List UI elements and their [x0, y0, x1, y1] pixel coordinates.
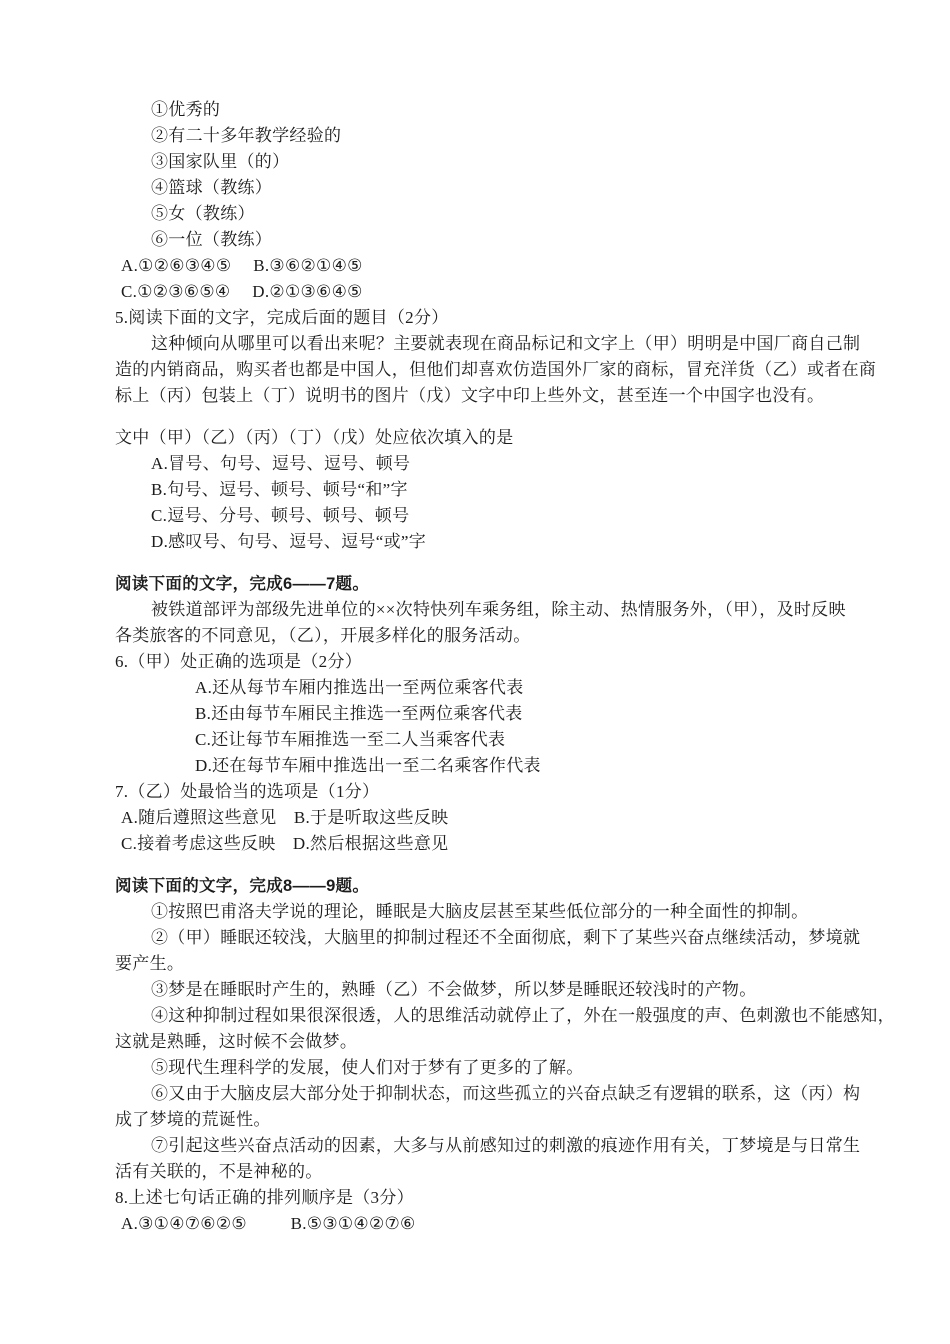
text-line: 这种倾向从哪里可以看出来呢？主要就表现在商品标记和文字上（甲）明明是中国厂商自己… — [115, 331, 895, 357]
text-line: ①优秀的 — [115, 97, 895, 123]
text-line: ⑤女（教练） — [115, 201, 895, 227]
text-line: D.感叹号、句号、逗号、逗号“或”字 — [115, 529, 895, 555]
text-line: 6.（甲）处正确的选项是（2分） — [115, 649, 895, 675]
text-line: ④篮球（教练） — [115, 175, 895, 201]
exam-page: ①优秀的②有二十多年教学经验的③国家队里（的）④篮球（教练）⑤女（教练）⑥一位（… — [0, 0, 950, 1344]
text-line: ⑥又由于大脑皮层大部分处于抑制状态，而这些孤立的兴奋点缺乏有逻辑的联系，这（丙）… — [115, 1081, 895, 1107]
text-line: C.接着考虑这些反映 D.然后根据这些意见 — [115, 831, 895, 857]
text-line: C.①②③⑥⑤④ D.②①③⑥④⑤ — [115, 279, 895, 305]
text-line: A.冒号、句号、逗号、逗号、顿号 — [115, 451, 895, 477]
text-line: ②有二十多年教学经验的 — [115, 123, 895, 149]
text-line: ①按照巴甫洛夫学说的理论，睡眠是大脑皮层甚至某些低位部分的一种全面性的抑制。 — [115, 899, 895, 925]
text-line: ⑤现代生理科学的发展，使人们对于梦有了更多的了解。 — [115, 1055, 895, 1081]
blank-line — [115, 555, 895, 571]
exam-document: ①优秀的②有二十多年教学经验的③国家队里（的）④篮球（教练）⑤女（教练）⑥一位（… — [0, 0, 950, 1237]
text-line: ③国家队里（的） — [115, 149, 895, 175]
text-line: 活有关联的，不是神秘的。 — [115, 1159, 895, 1185]
text-line: ④这种抑制过程如果很深很透，人的思维活动就停止了，外在一般强度的声、色刺激也不能… — [115, 1003, 895, 1029]
text-line: B.句号、逗号、顿号、顿号“和”字 — [115, 477, 895, 503]
text-line: 文中（甲）（乙）（丙）（丁）（戊）处应依次填入的是 — [115, 425, 895, 451]
blank-line — [115, 409, 895, 425]
text-line: C.逗号、分号、顿号、顿号、顿号 — [115, 503, 895, 529]
text-line: A.随后遵照这些意见 B.于是听取这些反映 — [115, 805, 895, 831]
text-line: ⑥一位（教练） — [115, 227, 895, 253]
text-line: ③梦是在睡眠时产生的，熟睡（乙）不会做梦，所以梦是睡眠还较浅时的产物。 — [115, 977, 895, 1003]
text-line: C.还让每节车厢推选一至二人当乘客代表 — [115, 727, 895, 753]
text-line: A.①②⑥③④⑤ B.③⑥②①④⑤ — [115, 253, 895, 279]
text-line: A.③①④⑦⑥②⑤ B.⑤③①④②⑦⑥ — [115, 1211, 895, 1237]
text-line: D.还在每节车厢中推选出一至二名乘客作代表 — [115, 753, 895, 779]
text-line: 8.上述七句话正确的排列顺序是（3分） — [115, 1185, 895, 1211]
text-line: 要产生。 — [115, 951, 895, 977]
text-line: 7.（乙）处最恰当的选项是（1分） — [115, 779, 895, 805]
blank-line — [115, 857, 895, 873]
text-line: 这就是熟睡，这时候不会做梦。 — [115, 1029, 895, 1055]
section-header: 阅读下面的文字，完成6——7题。 — [115, 571, 895, 597]
text-line: A.还从每节车厢内推选出一至两位乘客代表 — [115, 675, 895, 701]
text-line: 被铁道部评为部级先进单位的××次特快列车乘务组，除主动、热情服务外，（甲），及时… — [115, 597, 895, 623]
text-line: 各类旅客的不同意见，（乙），开展多样化的服务活动。 — [115, 623, 895, 649]
text-line: 造的内销商品，购买者也都是中国人，但他们却喜欢仿造国外厂家的商标，冒充洋货（乙）… — [115, 357, 895, 383]
text-line: 标上（丙）包装上（丁）说明书的图片（戊）文字中印上些外文，甚至连一个中国字也没有… — [115, 383, 895, 409]
section-header: 阅读下面的文字，完成8——9题。 — [115, 873, 895, 899]
text-line: ②（甲）睡眠还较浅，大脑里的抑制过程还不全面彻底，剩下了某些兴奋点继续活动，梦境… — [115, 925, 895, 951]
text-line: 5.阅读下面的文字，完成后面的题目（2分） — [115, 305, 895, 331]
text-line: B.还由每节车厢民主推选一至两位乘客代表 — [115, 701, 895, 727]
text-line: ⑦引起这些兴奋点活动的因素，大多与从前感知过的刺激的痕迹作用有关，丁梦境是与日常… — [115, 1133, 895, 1159]
text-line: 成了梦境的荒诞性。 — [115, 1107, 895, 1133]
